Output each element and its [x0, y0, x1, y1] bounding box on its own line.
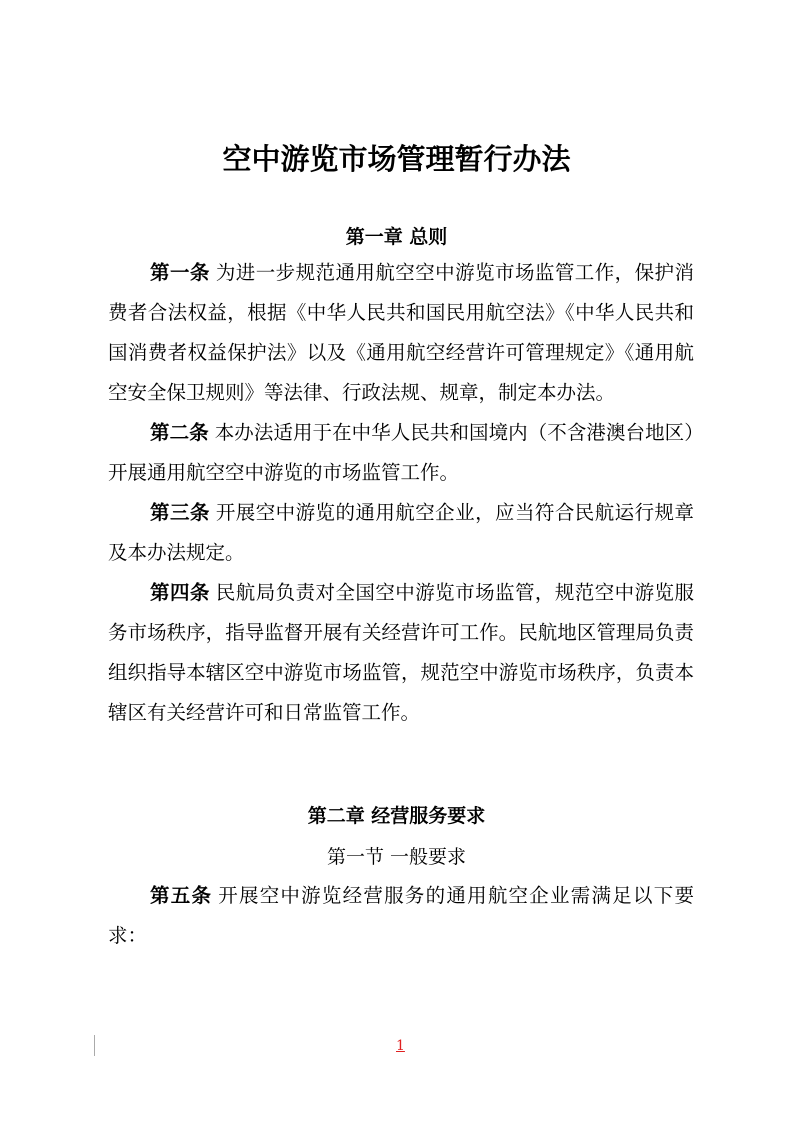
page-number: 1 [396, 1038, 405, 1054]
article-2: 第二条本办法适用于在中华人民共和国境内（不含港澳台地区）开展通用航空空中游览的市… [108, 413, 694, 493]
article-3: 第三条开展空中游览的通用航空企业，应当符合民航运行规章及本办法规定。 [108, 493, 694, 573]
article-label: 第一条 [150, 261, 210, 284]
article-1: 第一条为进一步规范通用航空空中游览市场监管工作，保护消费者合法权益，根据《中华人… [108, 253, 694, 413]
chapter-1-heading: 第一章 总则 [0, 222, 793, 252]
section-1-heading: 第一节 一般要求 [0, 842, 793, 872]
article-label: 第四条 [150, 581, 210, 604]
chapter-2-heading: 第二章 经营服务要求 [0, 801, 793, 831]
article-label: 第二条 [150, 421, 209, 444]
chapter-2-body: 第五条开展空中游览经营服务的通用航空企业需满足以下要求： [108, 876, 694, 956]
margin-marker [94, 1035, 95, 1056]
document-title: 空中游览市场管理暂行办法 [0, 139, 793, 179]
article-5: 第五条开展空中游览经营服务的通用航空企业需满足以下要求： [108, 876, 694, 956]
article-4: 第四条民航局负责对全国空中游览市场监管，规范空中游览服务市场秩序，指导监督开展有… [108, 573, 694, 733]
document-page: 空中游览市场管理暂行办法 第一章 总则 第一条为进一步规范通用航空空中游览市场监… [0, 0, 793, 1122]
article-label: 第五条 [150, 884, 212, 907]
article-label: 第三条 [150, 501, 210, 524]
chapter-1-body: 第一条为进一步规范通用航空空中游览市场监管工作，保护消费者合法权益，根据《中华人… [108, 253, 694, 733]
